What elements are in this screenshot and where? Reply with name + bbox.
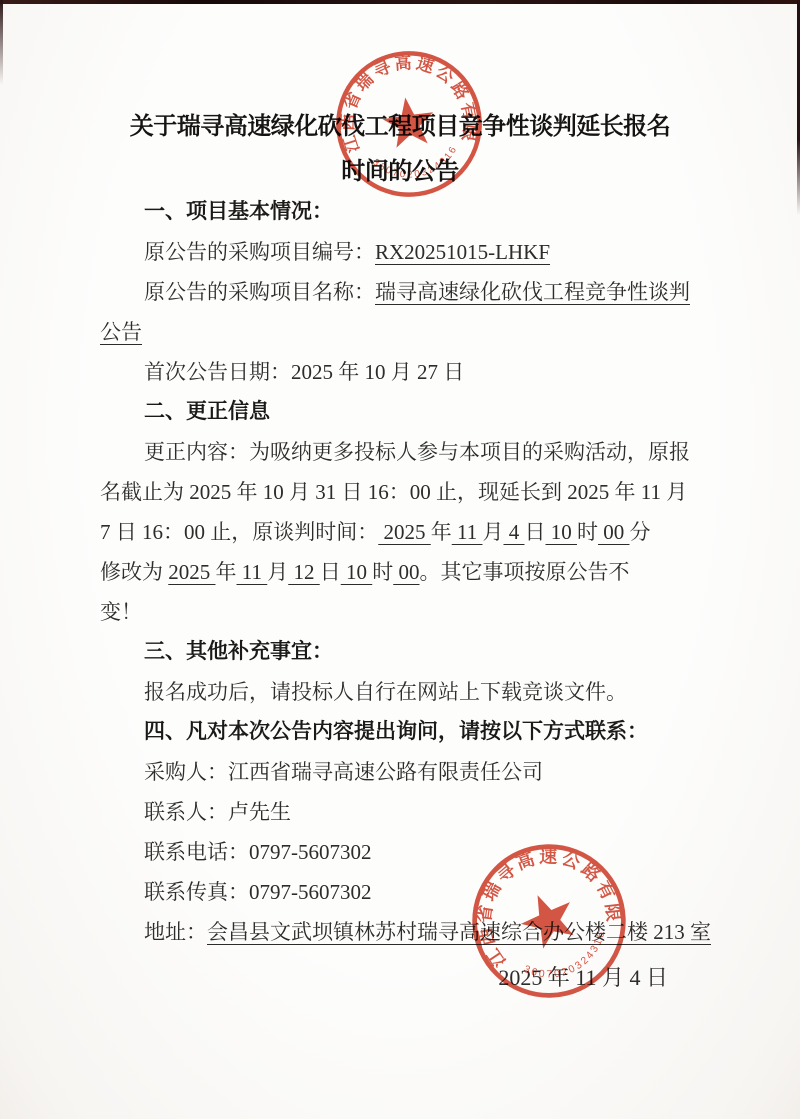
underlined-text: 10	[545, 520, 577, 544]
underlined-text: 00	[393, 560, 419, 584]
underlined-text: 4	[503, 520, 524, 544]
supplement-line: 报名成功后，请投标人自行在网站上下载竞谈文件。	[100, 672, 700, 712]
correction-line-1: 更正内容：为吸纳更多投标人参与本项目的采购活动，原报	[100, 432, 700, 472]
underlined-text: 2025	[378, 520, 431, 544]
official-seal-top: 江西省瑞寻高速公路有限责任公司 3607020324316	[323, 38, 495, 210]
scan-edge-left	[0, 0, 3, 85]
text-segment: 首次公告日期：2025 年 10 月 27 日	[144, 360, 464, 384]
text-segment: 7 日 16：00 止，原谈判时间：	[100, 520, 378, 544]
text-segment: 年	[216, 560, 237, 584]
text-segment: 报名成功后，请投标人自行在网站上下载竞谈文件。	[144, 680, 627, 704]
text-segment: 联系传真：0797-5607302	[144, 880, 372, 904]
purchaser-line: 采购人：江西省瑞寻高速公路有限责任公司	[100, 752, 700, 792]
text-segment: 变！	[100, 600, 142, 624]
text-segment: 四、凡对本次公告内容提出询问，请按以下方式联系：	[144, 720, 648, 743]
underlined-text: 公告	[100, 320, 142, 344]
text-segment: 年	[431, 520, 452, 544]
text-segment: 地址：	[144, 920, 207, 944]
scan-edge-top	[0, 0, 800, 4]
contact-person-line: 联系人：卢先生	[100, 792, 700, 832]
first-notice-date-line: 首次公告日期：2025 年 10 月 27 日	[100, 352, 700, 392]
text-segment: 三、其他补充事宜：	[144, 640, 333, 663]
text-segment: 原公告的采购项目名称：	[144, 280, 375, 304]
project-name-line-2: 公告	[100, 312, 700, 352]
text-segment: 原公告的采购项目编号：	[144, 240, 375, 264]
text-segment: 日	[320, 560, 341, 584]
text-segment: 采购人：江西省瑞寻高速公路有限责任公司	[144, 760, 543, 784]
text-segment: 更正内容：为吸纳更多投标人参与本项目的采购活动，原报	[144, 440, 690, 464]
text-segment: 日	[524, 520, 545, 544]
text-segment: 时	[577, 520, 598, 544]
underlined-text: 11	[452, 520, 483, 544]
text-segment: 月	[267, 560, 288, 584]
project-number-line: 原公告的采购项目编号：RX20251015-LHKF	[100, 232, 700, 272]
underlined-text: RX20251015-LHKF	[375, 240, 550, 264]
text-segment: 名截止为 2025 年 10 月 31 日 16：00 止，现延长到 2025 …	[100, 480, 687, 504]
underlined-text: 11	[237, 560, 268, 584]
section-4-heading: 四、凡对本次公告内容提出询问，请按以下方式联系：	[100, 712, 700, 752]
project-name-line: 原公告的采购项目名称：瑞寻高速绿化砍伐工程竞争性谈判	[100, 272, 700, 312]
correction-line-4: 修改为 2025 年 11 月 12 日 10 时 00。其它事项按原公告不	[100, 552, 700, 592]
text-segment: 。其它事项按原公告不	[419, 560, 629, 584]
seal-code-text: 3607020324316	[517, 925, 618, 994]
correction-line-3: 7 日 16：00 止，原谈判时间： 2025 年 11 月 4 日 10 时 …	[100, 512, 700, 552]
underlined-text: 瑞寻高速绿化砍伐工程竞争性谈判	[375, 280, 690, 304]
text-segment: 联系人：卢先生	[144, 800, 291, 824]
correction-line-2: 名截止为 2025 年 10 月 31 日 16：00 止，现延长到 2025 …	[100, 472, 700, 512]
underlined-text: 10	[341, 560, 373, 584]
text-segment: 月	[482, 520, 503, 544]
text-segment: 联系电话：0797-5607302	[144, 840, 372, 864]
underlined-text: 00	[598, 520, 630, 544]
underlined-text: 12	[288, 560, 320, 584]
underlined-text: 2025	[168, 560, 215, 584]
seal-company-text: 江西省瑞寻高速公路有限责任公司	[323, 38, 484, 166]
star-icon	[513, 884, 583, 953]
section-3-heading: 三、其他补充事宜：	[100, 632, 700, 672]
section-2-heading: 二、更正信息	[100, 392, 700, 432]
text-segment: 一、项目基本情况：	[144, 200, 333, 223]
star-icon	[380, 94, 437, 149]
text-segment: 时	[372, 560, 393, 584]
text-segment: 修改为	[100, 560, 168, 584]
text-segment: 二、更正信息	[144, 400, 270, 423]
text-segment: 分	[629, 520, 650, 544]
correction-line-5: 变！	[100, 592, 700, 632]
